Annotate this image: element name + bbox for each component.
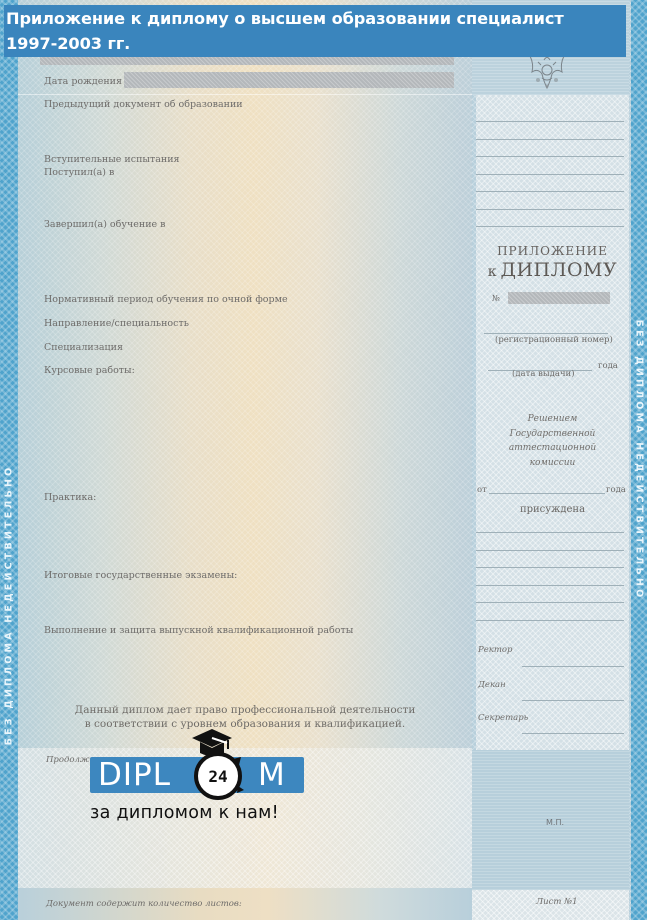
left-border-strip: БЕЗ ДИПЛОМА НЕДЕЙСТВИТЕЛЬНО <box>0 0 18 920</box>
blank-line <box>476 174 624 175</box>
field-normative-period: Нормативный период обучения по очной фор… <box>44 294 288 305</box>
blank-line <box>476 620 624 621</box>
side-watermark-right: БЕЗ ДИПЛОМА НЕДЕЙСТВИТЕЛЬНО <box>634 320 645 601</box>
reg-number-line <box>484 333 608 334</box>
field-completed: Завершил(а) обучение в <box>44 219 166 230</box>
birth-date-label: Дата рождения <box>44 76 122 87</box>
from-year-suffix: года <box>606 485 626 495</box>
page-title-line1: Приложение к диплому о высшем образовани… <box>6 6 626 31</box>
logo-word-left: DIPL <box>98 756 171 794</box>
issue-date-year-suffix: года <box>598 361 618 371</box>
supplement-subtitle: кДИПЛОМУ <box>476 259 629 281</box>
eagle-crest-icon <box>524 52 570 92</box>
svg-text:24: 24 <box>208 767 227 786</box>
commission-decision: Решением Государственной аттестационной … <box>476 412 629 470</box>
issue-date-caption: (дата выдачи) <box>512 369 575 379</box>
right-border-strip: БЕЗ ДИПЛОМА НЕДЕЙСТВИТЕЛЬНО <box>631 0 647 920</box>
field-practice: Практика: <box>44 492 96 503</box>
blank-line <box>476 602 624 603</box>
number-sign: № <box>492 294 500 304</box>
dean-signature-line <box>522 700 624 701</box>
footer-sheets-label: Документ содержит количество листов: <box>46 899 242 909</box>
logo-tagline: за дипломом к нам! <box>90 803 306 823</box>
field-entrance-exams: Вступительные испытания <box>44 154 180 165</box>
blank-line <box>476 139 624 140</box>
decision-line: аттестационной <box>476 441 629 456</box>
redacted-birth-date <box>124 72 454 88</box>
blank-line <box>476 209 624 210</box>
blank-line <box>476 191 624 192</box>
page-title-line2: 1997-2003 гг. <box>6 31 626 56</box>
secretary-label: Секретарь <box>478 713 528 723</box>
diplom24-logo[interactable]: DIPL M 24 за дипломом к нам! <box>90 727 306 827</box>
field-coursework: Курсовые работы: <box>44 365 135 376</box>
dean-label: Декан <box>478 680 506 690</box>
rector-label: Ректор <box>478 645 512 655</box>
blank-line <box>476 156 624 157</box>
field-thesis: Выполнение и защита выпускной квалификац… <box>44 625 353 636</box>
graduation-cap-icon <box>190 727 234 759</box>
side-watermark-left: БЕЗ ДИПЛОМА НЕДЕЙСТВИТЕЛЬНО <box>4 465 15 746</box>
field-direction: Направление/специальность <box>44 318 189 329</box>
blank-line <box>476 226 624 227</box>
field-state-exams: Итоговые государственные экзамены: <box>44 570 237 581</box>
secretary-signature-line <box>522 733 624 734</box>
decision-line: Решением <box>476 412 629 427</box>
blank-line <box>476 121 624 122</box>
sheet-number-label: Лист №1 <box>536 897 578 907</box>
field-specialization: Специализация <box>44 342 123 353</box>
rights-statement-line1: Данный диплом дает право профессионально… <box>18 703 472 718</box>
blank-line <box>476 567 624 568</box>
from-label: от <box>477 485 487 495</box>
stamp-label: М.П. <box>546 818 564 827</box>
rector-signature-line <box>522 666 624 667</box>
subtitle-word: ДИПЛОМУ <box>501 259 618 281</box>
divider <box>18 94 472 95</box>
logo-word-right: M <box>258 756 286 794</box>
redacted-diploma-number <box>508 292 610 304</box>
blank-line <box>476 532 624 533</box>
decision-line: Государственной <box>476 427 629 442</box>
blank-line <box>476 585 624 586</box>
reg-number-caption: (регистрационный номер) <box>495 335 613 345</box>
blank-line <box>476 550 624 551</box>
decision-line: комиссии <box>476 456 629 471</box>
supplement-title: ПРИЛОЖЕНИЕ <box>476 244 629 258</box>
awarded-label: присуждена <box>476 504 629 515</box>
page-title-banner: Приложение к диплому о высшем образовани… <box>4 5 626 57</box>
field-enrolled: Поступил(а) в <box>44 167 114 178</box>
subtitle-prefix: к <box>488 264 497 280</box>
field-prev-doc: Предыдущий документ об образовании <box>44 99 243 110</box>
from-date-line <box>489 493 605 494</box>
